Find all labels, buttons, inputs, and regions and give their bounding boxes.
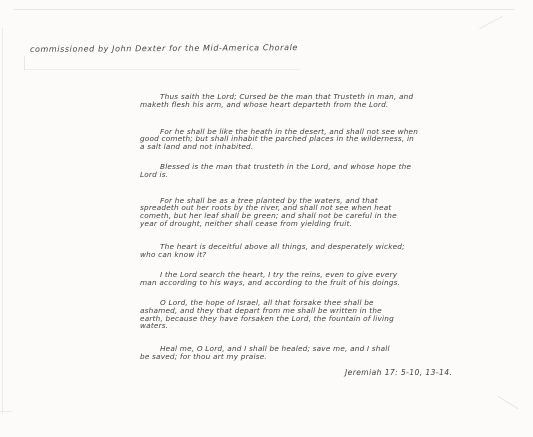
scan-edge-line-left (2, 28, 3, 414)
corner-mark-bottom-left (0, 411, 12, 412)
scripture-paragraph-tree: For he shall be as a tree planted by the… (140, 197, 474, 228)
scripture-attribution: Jeremiah 17: 5-10, 13-14. (345, 368, 452, 377)
scripture-paragraph-heart: The heart is deceitful above all things,… (140, 243, 474, 259)
scan-edge-line-top (14, 9, 514, 10)
scripture-paragraph-blessed: Blessed is the man that trusteth in the … (140, 163, 474, 179)
scripture-paragraph-heath: For he shall be like the heath in the de… (140, 128, 474, 151)
scripture-text-block: Thus saith the Lord; Cursed be the man t… (140, 88, 474, 361)
scripture-paragraph-search: I the Lord search the heart, I try the r… (140, 271, 474, 287)
scripture-paragraph-hope: O Lord, the hope of Israel, all that for… (140, 299, 474, 330)
scripture-paragraph-heal: Heal me, O Lord, and I shall be healed; … (140, 345, 474, 361)
corner-mark-top-right (479, 16, 502, 29)
document-page: commissioned by John Dexter for the Mid-… (0, 0, 533, 437)
corner-mark-bottom-right (498, 396, 519, 410)
commission-note: commissioned by John Dexter for the Mid-… (30, 43, 298, 54)
note-outline-left (24, 56, 25, 70)
note-outline-bottom (24, 69, 300, 70)
scripture-paragraph-cursed: Thus saith the Lord; Cursed be the man t… (140, 93, 474, 109)
